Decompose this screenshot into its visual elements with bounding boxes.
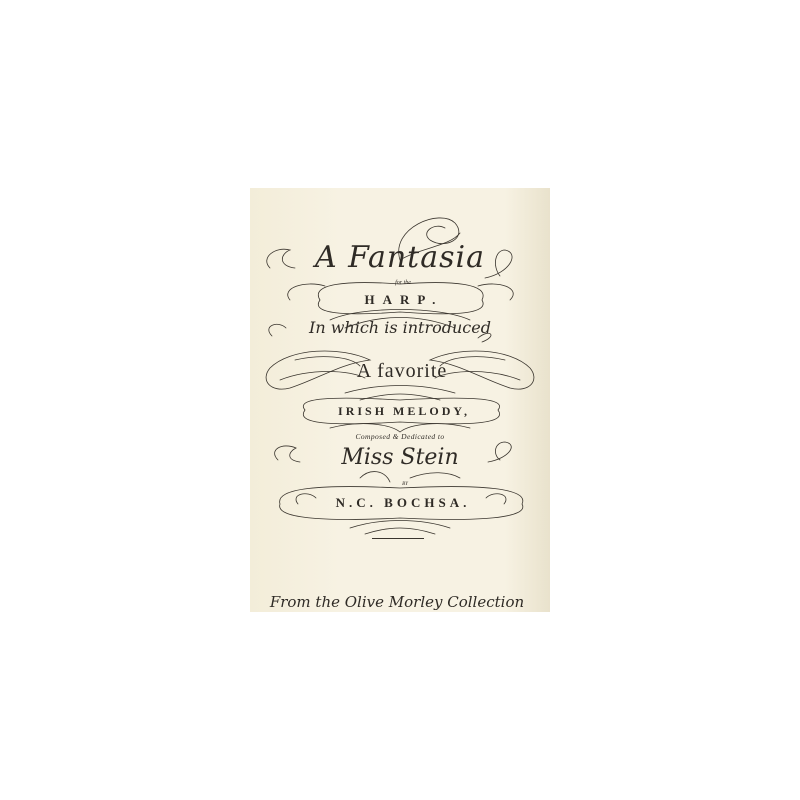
- dedicatee-name: Miss Stein: [250, 445, 550, 470]
- composed-dedicated-line: Composed & Dedicated to: [250, 432, 550, 441]
- instrument-label: HARP.: [254, 292, 550, 308]
- favorite-label: A favorite: [252, 360, 550, 383]
- divider-rule: [372, 538, 424, 539]
- by-label: BY: [255, 482, 550, 487]
- title: A Fantasia: [250, 240, 550, 275]
- composer-name: N.C. BOCHSA.: [253, 495, 550, 511]
- introduction-line: In which is introduced: [250, 318, 550, 337]
- for-the-label: for the: [253, 280, 550, 286]
- title-page: A Fantasia for the HARP. In which is int…: [250, 188, 550, 612]
- melody-title: IRISH MELODY,: [254, 404, 550, 419]
- collection-credit: From the Olive Morley Collection: [250, 593, 547, 611]
